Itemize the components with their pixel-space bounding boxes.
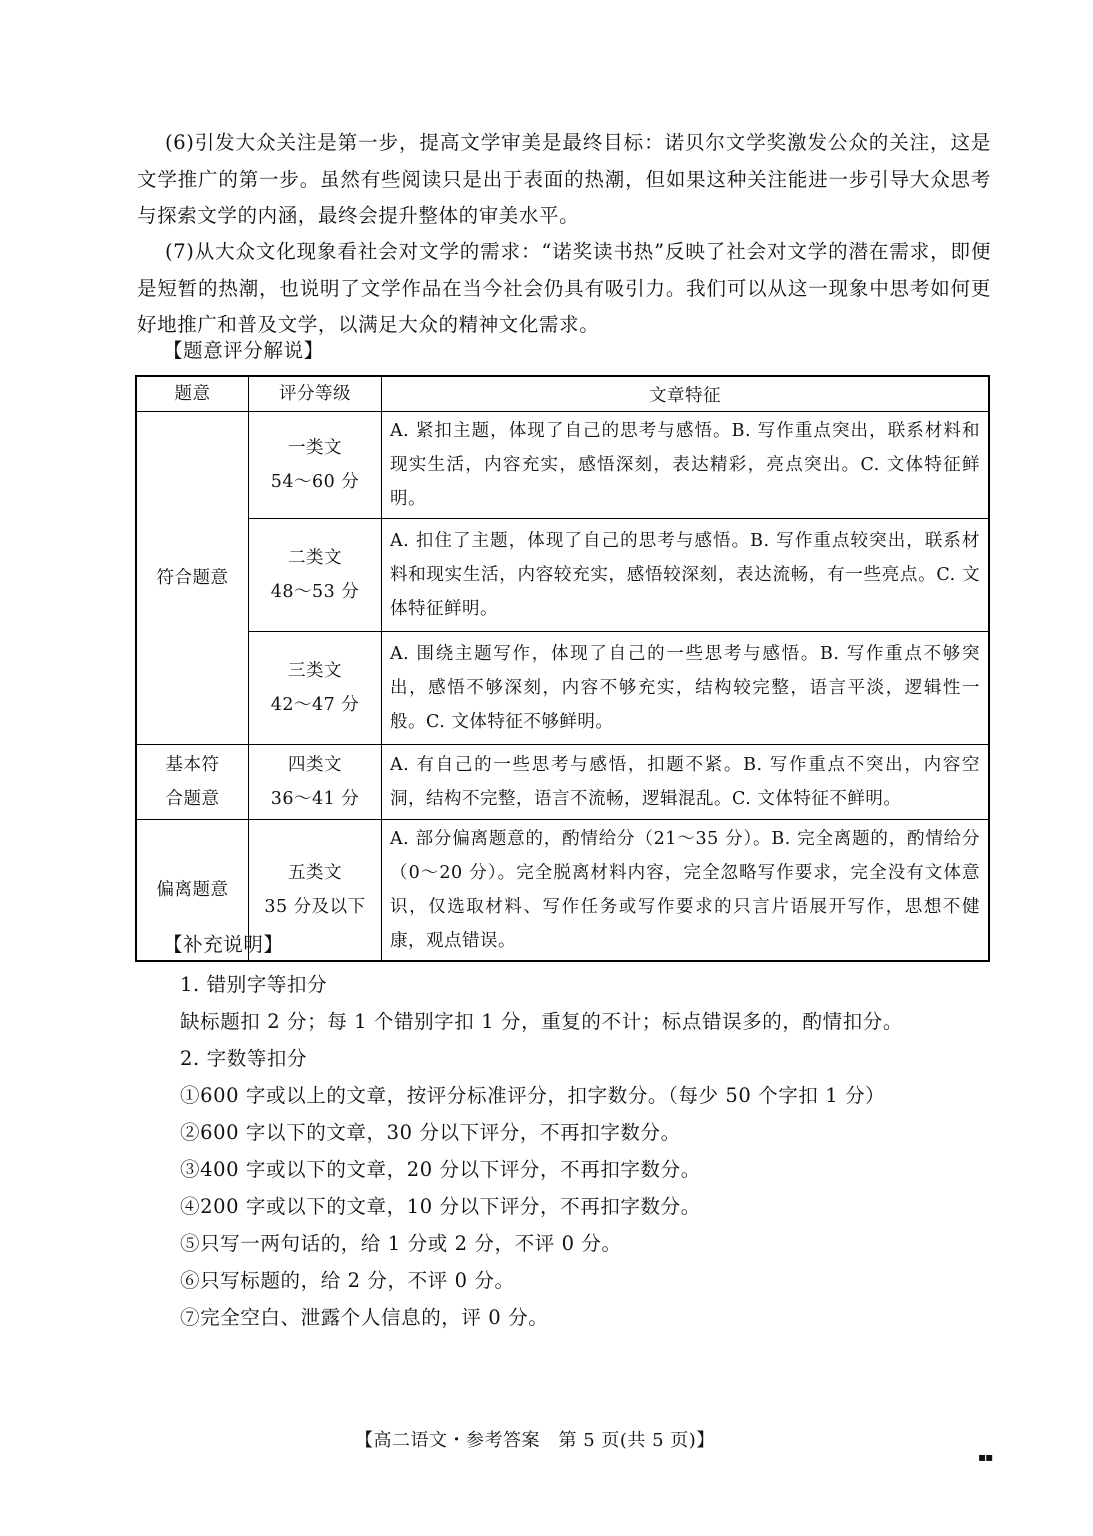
features-cell: A. 有自己的一些思考与感悟，扣题不紧。B. 写作重点不突出，内容空洞，结构不完… — [382, 745, 990, 820]
supplement-item: ②600 字以下的文章，30 分以下评分，不再扣字数分。 — [180, 1114, 681, 1152]
grade-label: 二类文 — [249, 541, 381, 575]
supplement-item: ③400 字或以下的文章，20 分以下评分，不再扣字数分。 — [180, 1151, 701, 1189]
paragraph-6: (6)引发大众关注是第一步，提高文学审美是最终目标：诺贝尔文学奖激发公众的关注，… — [137, 125, 991, 235]
rubric-table: 题意 评分等级 文章特征 符合题意 一类文 54～60 分 A. 紧扣主题，体现… — [135, 375, 990, 962]
grade-cell: 四类文 36～41 分 — [249, 745, 382, 820]
rubric-heading: 【题意评分解说】 — [163, 336, 324, 366]
supplement-item: ④200 字或以下的文章，10 分以下评分，不再扣字数分。 — [180, 1188, 701, 1226]
paragraph-7: (7)从大众文化现象看社会对文学的需求：“诺奖读书热”反映了社会对文学的潜在需求… — [137, 234, 991, 344]
grade-label: 一类文 — [249, 431, 381, 465]
topic-line: 合题意 — [137, 782, 248, 816]
topic-cell: 基本符 合题意 — [136, 745, 249, 820]
grade-cell: 三类文 42～47 分 — [249, 632, 382, 745]
paragraph-7-text: (7)从大众文化现象看社会对文学的需求：“诺奖读书热”反映了社会对文学的潜在需求… — [137, 240, 991, 336]
page-footer: 【高二语文・参考答案 第 5 页(共 5 页)】 — [355, 1426, 715, 1452]
score-range: 35 分及以下 — [249, 890, 381, 924]
header-features: 文章特征 — [382, 376, 990, 412]
features-cell: A. 紧扣主题，体现了自己的思考与感悟。B. 写作重点突出，联系材料和现实生活，… — [382, 412, 990, 519]
features-cell: A. 围绕主题写作，体现了自己的一些思考与感悟。B. 写作重点不够突出，感悟不够… — [382, 632, 990, 745]
score-range: 42～47 分 — [249, 688, 381, 722]
supplement-item: ⑦完全空白、泄露个人信息的，评 0 分。 — [180, 1299, 548, 1337]
grade-cell: 二类文 48～53 分 — [249, 519, 382, 632]
features-cell: A. 部分偏离题意的，酌情给分（21～35 分）。B. 完全离题的，酌情给分（0… — [382, 820, 990, 962]
corner-marks: ▪▪ — [978, 1450, 992, 1464]
supplement-heading: 【补充说明】 — [163, 930, 284, 960]
supplement-item: ⑤只写一两句话的，给 1 分或 2 分，不评 0 分。 — [180, 1225, 622, 1263]
supplement-item: ①600 字或以上的文章，按评分标准评分，扣字数分。（每少 50 个字扣 1 分… — [180, 1077, 885, 1115]
header-topic: 题意 — [136, 376, 249, 412]
grade-label: 三类文 — [249, 654, 381, 688]
score-range: 36～41 分 — [249, 782, 381, 816]
table-row: 符合题意 一类文 54～60 分 A. 紧扣主题，体现了自己的思考与感悟。B. … — [136, 412, 989, 519]
supplement-item: ⑥只写标题的，给 2 分，不评 0 分。 — [180, 1262, 515, 1300]
header-grade: 评分等级 — [249, 376, 382, 412]
topic-cell: 符合题意 — [136, 412, 249, 745]
topic-line: 基本符 — [137, 748, 248, 782]
grade-cell: 一类文 54～60 分 — [249, 412, 382, 519]
grade-label: 四类文 — [249, 748, 381, 782]
features-cell: A. 扣住了主题，体现了自己的思考与感悟。B. 写作重点较突出，联系材料和现实生… — [382, 519, 990, 632]
supplement-section-2-title: 2. 字数等扣分 — [180, 1040, 307, 1078]
supplement-section-1-title: 1. 错别字等扣分 — [180, 966, 327, 1004]
score-range: 48～53 分 — [249, 575, 381, 609]
table-row: 三类文 42～47 分 A. 围绕主题写作，体现了自己的一些思考与感悟。B. 写… — [136, 632, 989, 745]
table-row: 基本符 合题意 四类文 36～41 分 A. 有自己的一些思考与感悟，扣题不紧。… — [136, 745, 989, 820]
table-row: 二类文 48～53 分 A. 扣住了主题，体现了自己的思考与感悟。B. 写作重点… — [136, 519, 989, 632]
table-header-row: 题意 评分等级 文章特征 — [136, 376, 989, 412]
supplement-section-1-text: 缺标题扣 2 分；每 1 个错别字扣 1 分，重复的不计；标点错误多的，酌情扣分… — [180, 1003, 903, 1041]
grade-label: 五类文 — [249, 856, 381, 890]
paragraph-6-text: (6)引发大众关注是第一步，提高文学审美是最终目标：诺贝尔文学奖激发公众的关注，… — [137, 131, 991, 227]
score-range: 54～60 分 — [249, 465, 381, 499]
